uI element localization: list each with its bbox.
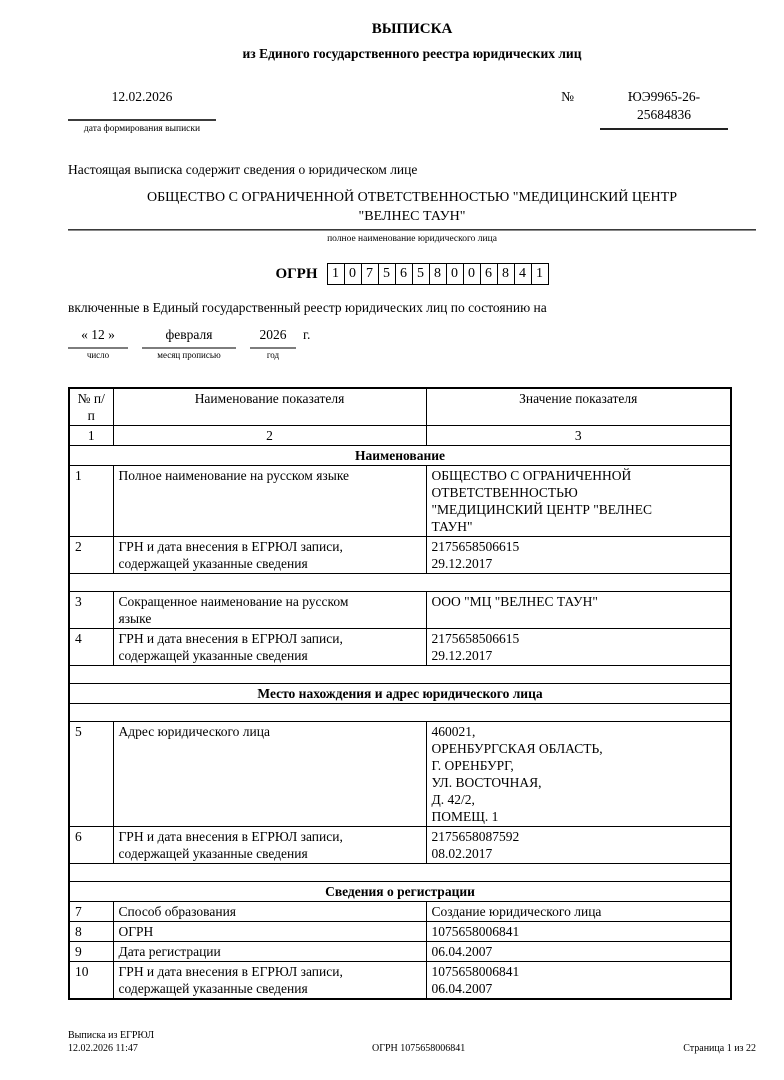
ogrn-digit-box: 0 — [344, 263, 362, 285]
formation-date-label: дата формирования выписки — [68, 123, 216, 135]
document-content: ВЫПИСКА из Единого государственного реес… — [0, 20, 784, 1000]
row-number: 4 — [69, 629, 113, 666]
row-number: 1 — [69, 466, 113, 537]
row-number: 9 — [69, 942, 113, 962]
table-spacer-cell — [69, 864, 731, 882]
table-section-label: Наименование — [69, 446, 731, 466]
ogrn-label: ОГРН — [275, 266, 317, 283]
row-indicator-value: 1075658006841 06.04.2007 — [426, 962, 731, 1000]
as-of-day-underline — [68, 347, 128, 349]
table-row: 10ГРН и дата внесения в ЕГРЮЛ записи, со… — [69, 962, 731, 1000]
as-of-day-value: « 12 » — [75, 326, 121, 347]
row-number: 5 — [69, 722, 113, 827]
table-spacer-row — [69, 574, 731, 592]
row-number: 3 — [69, 592, 113, 629]
footer-ogrn: ОГРН 1075658006841 — [372, 1043, 465, 1056]
table-spacer-row — [69, 704, 731, 722]
table-row: 2ГРН и дата внесения в ЕГРЮЛ записи, сод… — [69, 537, 731, 574]
col-number-1: 1 — [69, 426, 113, 446]
table-spacer-row — [69, 666, 731, 684]
header-row: 12.02.2026 дата формирования выписки № Ю… — [68, 88, 756, 135]
as-of-day-label: число — [87, 350, 109, 361]
footer-doc-type: Выписка из ЕГРЮЛ — [68, 1030, 154, 1043]
extract-number: ЮЭ9965-26-25684836 — [620, 88, 708, 124]
table-section-row: Наименование — [69, 446, 731, 466]
table-row: 7Способ образованияСоздание юридического… — [69, 902, 731, 922]
company-name-rule — [68, 229, 756, 231]
ogrn-digit-box: 0 — [446, 263, 464, 285]
table-spacer-cell — [69, 704, 731, 722]
row-indicator-name: ГРН и дата внесения в ЕГРЮЛ записи, соде… — [113, 962, 426, 1000]
as-of-month-label: месяц прописью — [157, 350, 220, 361]
company-name-label: полное наименование юридического лица — [68, 233, 756, 245]
registry-table-body: Наименование1Полное наименование на русс… — [69, 446, 731, 1000]
ogrn-digit-boxes: 1075658006841 — [327, 263, 549, 285]
row-indicator-name: Адрес юридического лица — [113, 722, 426, 827]
as-of-month-underline — [142, 347, 236, 349]
included-statement: включенные в Единый государственный реес… — [68, 299, 756, 317]
as-of-month-value: февраля — [160, 326, 219, 347]
ogrn-digit-box: 8 — [497, 263, 515, 285]
row-indicator-name: ГРН и дата внесения в ЕГРЮЛ записи, соде… — [113, 827, 426, 864]
row-number: 7 — [69, 902, 113, 922]
document-page: ВЫПИСКА из Единого государственного реес… — [0, 0, 784, 1080]
row-number: 6 — [69, 827, 113, 864]
table-spacer-cell — [69, 666, 731, 684]
table-section-row: Место нахождения и адрес юридического ли… — [69, 684, 731, 704]
ogrn-digit-box: 7 — [361, 263, 379, 285]
as-of-year-field: 2026 год — [250, 326, 296, 361]
footer-doc-info: Выписка из ЕГРЮЛ 12.02.2026 11:47 — [68, 1030, 154, 1055]
row-indicator-name: Полное наименование на русском языке — [113, 466, 426, 537]
row-number: 2 — [69, 537, 113, 574]
as-of-date-row: « 12 » число февраля месяц прописью 2026… — [68, 326, 756, 361]
table-section-row: Сведения о регистрации — [69, 882, 731, 902]
as-of-year-label: год — [267, 350, 279, 361]
row-indicator-name: ОГРН — [113, 922, 426, 942]
formation-date-block: 12.02.2026 дата формирования выписки — [68, 88, 216, 135]
table-row: 1Полное наименование на русском языкеОБЩ… — [69, 466, 731, 537]
table-header-row: № п/п Наименование показателя Значение п… — [69, 388, 731, 426]
footer-page-info: Страница 1 из 22 — [683, 1043, 756, 1056]
ogrn-digit-box: 8 — [429, 263, 447, 285]
as-of-month-field: февраля месяц прописью — [142, 326, 236, 361]
ogrn-digit-box: 0 — [463, 263, 481, 285]
document-subtitle: из Единого государственного реестра юрид… — [68, 45, 756, 62]
col-header-value: Значение показателя — [426, 388, 731, 426]
table-row: 3Сокращенное наименование на русском язы… — [69, 592, 731, 629]
row-indicator-value: Создание юридического лица — [426, 902, 731, 922]
as-of-year-underline — [250, 347, 296, 349]
intro-statement: Настоящая выписка содержит сведения о юр… — [68, 161, 756, 179]
col-number-3: 3 — [426, 426, 731, 446]
extract-number-block: № ЮЭ9965-26-25684836 — [561, 88, 728, 130]
ogrn-digit-box: 4 — [514, 263, 532, 285]
company-name: ОБЩЕСТВО С ОГРАНИЧЕННОЙ ОТВЕТСТВЕННОСТЬЮ… — [68, 188, 756, 226]
ogrn-digit-box: 1 — [531, 263, 549, 285]
ogrn-digit-box: 5 — [378, 263, 396, 285]
ogrn-row: ОГРН 1075658006841 — [68, 263, 756, 285]
footer-generated-at: 12.02.2026 11:47 — [68, 1043, 154, 1056]
page-footer: Выписка из ЕГРЮЛ 12.02.2026 11:47 ОГРН 1… — [68, 1030, 756, 1055]
row-indicator-value: 06.04.2007 — [426, 942, 731, 962]
table-column-numbers-row: 1 2 3 — [69, 426, 731, 446]
ogrn-digit-box: 1 — [327, 263, 345, 285]
row-indicator-value: 2175658087592 08.02.2017 — [426, 827, 731, 864]
table-row: 4ГРН и дата внесения в ЕГРЮЛ записи, сод… — [69, 629, 731, 666]
row-indicator-value: ОБЩЕСТВО С ОГРАНИЧЕННОЙ ОТВЕТСТВЕННОСТЬЮ… — [426, 466, 731, 537]
row-indicator-name: Сокращенное наименование на русском язык… — [113, 592, 426, 629]
col-header-name: Наименование показателя — [113, 388, 426, 426]
row-number: 10 — [69, 962, 113, 1000]
extract-number-box: ЮЭ9965-26-25684836 — [600, 88, 728, 130]
ogrn-digit-box: 5 — [412, 263, 430, 285]
document-title: ВЫПИСКА — [68, 20, 756, 38]
ogrn-digit-box: 6 — [395, 263, 413, 285]
as-of-day-field: « 12 » число — [68, 326, 128, 361]
table-row: 6ГРН и дата внесения в ЕГРЮЛ записи, сод… — [69, 827, 731, 864]
table-section-label: Сведения о регистрации — [69, 882, 731, 902]
col-header-num: № п/п — [69, 388, 113, 426]
as-of-year-value: 2026 — [254, 326, 293, 347]
row-indicator-value: ООО "МЦ "ВЕЛНЕС ТАУН" — [426, 592, 731, 629]
as-of-year-suffix: г. — [303, 326, 310, 343]
col-number-2: 2 — [113, 426, 426, 446]
table-row: 8ОГРН1075658006841 — [69, 922, 731, 942]
formation-date: 12.02.2026 — [68, 88, 216, 121]
row-indicator-value: 2175658506615 29.12.2017 — [426, 629, 731, 666]
row-number: 8 — [69, 922, 113, 942]
row-indicator-name: ГРН и дата внесения в ЕГРЮЛ записи, соде… — [113, 537, 426, 574]
table-spacer-row — [69, 864, 731, 882]
row-indicator-name: Способ образования — [113, 902, 426, 922]
table-section-label: Место нахождения и адрес юридического ли… — [69, 684, 731, 704]
row-indicator-value: 460021, ОРЕНБУРГСКАЯ ОБЛАСТЬ, Г. ОРЕНБУР… — [426, 722, 731, 827]
number-sign: № — [561, 88, 574, 105]
row-indicator-value: 2175658506615 29.12.2017 — [426, 537, 731, 574]
table-row: 9Дата регистрации06.04.2007 — [69, 942, 731, 962]
registry-table: № п/п Наименование показателя Значение п… — [68, 387, 732, 1000]
row-indicator-name: Дата регистрации — [113, 942, 426, 962]
row-indicator-value: 1075658006841 — [426, 922, 731, 942]
table-row: 5Адрес юридического лица460021, ОРЕНБУРГ… — [69, 722, 731, 827]
ogrn-digit-box: 6 — [480, 263, 498, 285]
row-indicator-name: ГРН и дата внесения в ЕГРЮЛ записи, соде… — [113, 629, 426, 666]
table-spacer-cell — [69, 574, 731, 592]
